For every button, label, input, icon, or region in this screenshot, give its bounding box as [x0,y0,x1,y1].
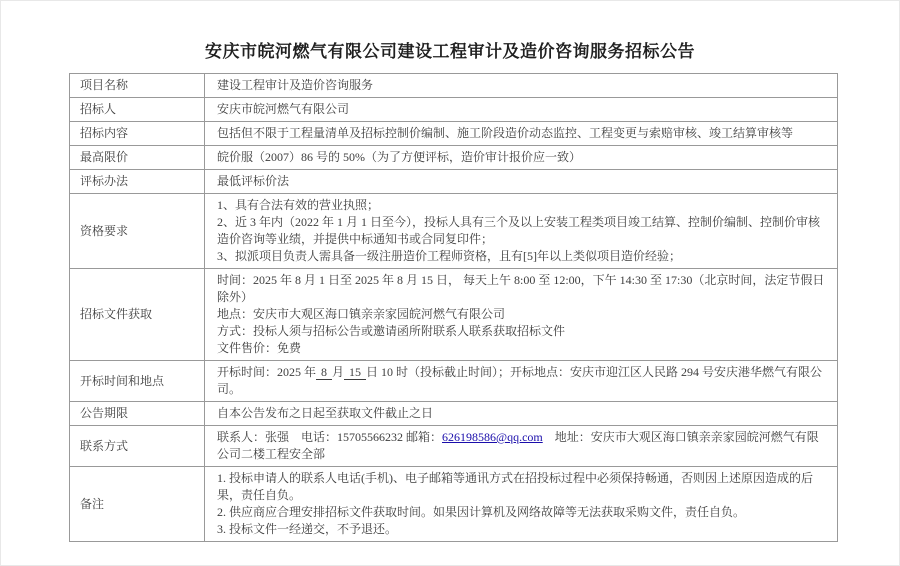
row-label-tenderer: 招标人 [70,98,205,122]
bid-opening-month: 8 [316,365,332,380]
doc-acquisition-time: 时间：2025 年 8 月 1 日至 2025 年 8 月 15 日， 每天上午… [217,272,827,306]
table-row-announcement-period: 公告期限 自本公告发布之日起至获取文件截止之日 [70,402,838,426]
row-label-max-price: 最高限价 [70,146,205,170]
table-row-doc-acquisition: 招标文件获取 时间：2025 年 8 月 1 日至 2025 年 8 月 15 … [70,269,838,361]
qualification-line-2: 2、近 3 年内（2022 年 1 月 1 日至今），投标人具有三个及以上安装工… [217,214,827,248]
document-page: 安庆市皖河燃气有限公司建设工程审计及造价咨询服务招标公告 项目名称 建设工程审计… [0,0,900,566]
table-row-bid-opening: 开标时间和地点 开标时间：2025 年8月15日 10 时（投标截止时间）；开标… [70,361,838,402]
row-value-tenderer: 安庆市皖河燃气有限公司 [205,98,838,122]
row-label-remarks: 备注 [70,467,205,542]
contact-info-text: 联系人：张强 电话：15705566232 邮箱： [217,430,442,444]
row-value-contact: 联系人：张强 电话：15705566232 邮箱：626198586@qq.co… [205,426,838,467]
bid-opening-day: 15 [344,365,366,380]
row-label-project-name: 项目名称 [70,74,205,98]
table-row-remarks: 备注 1. 投标申请人的联系人电话(手机)、电子邮箱等通讯方式在招投标过程中必须… [70,467,838,542]
table-row-project-name: 项目名称 建设工程审计及造价咨询服务 [70,74,838,98]
row-label-contact: 联系方式 [70,426,205,467]
table-row-evaluation-method: 评标办法 最低评标价法 [70,170,838,194]
remarks-line-3: 3. 投标文件一经递交，不予退还。 [217,521,827,538]
row-label-bid-opening: 开标时间和地点 [70,361,205,402]
table-row-tender-content: 招标内容 包括但不限于工程量清单及招标控制价编制、施工阶段造价动态监控、工程变更… [70,122,838,146]
row-label-evaluation-method: 评标办法 [70,170,205,194]
row-value-bid-opening: 开标时间：2025 年8月15日 10 时（投标截止时间）；开标地点：安庆市迎江… [205,361,838,402]
row-value-doc-acquisition: 时间：2025 年 8 月 1 日至 2025 年 8 月 15 日， 每天上午… [205,269,838,361]
row-value-announcement-period: 自本公告发布之日起至获取文件截止之日 [205,402,838,426]
row-value-project-name: 建设工程审计及造价咨询服务 [205,74,838,98]
qualification-line-3: 3、拟派项目负责人需具备一级注册造价工程师资格，且有[5]年以上类似项目造价经验… [217,248,827,265]
row-value-max-price: 皖价服（2007）86 号的 50%（为了方便评标，造价审计报价应一致） [205,146,838,170]
row-value-qualification: 1、具有合法有效的营业执照； 2、近 3 年内（2022 年 1 月 1 日至今… [205,194,838,269]
bid-opening-prefix: 开标时间：2025 年 [217,365,316,379]
row-label-tender-content: 招标内容 [70,122,205,146]
remarks-line-1: 1. 投标申请人的联系人电话(手机)、电子邮箱等通讯方式在招投标过程中必须保持畅… [217,470,827,504]
notice-table: 项目名称 建设工程审计及造价咨询服务 招标人 安庆市皖河燃气有限公司 招标内容 … [69,73,838,542]
table-row-contact: 联系方式 联系人：张强 电话：15705566232 邮箱：626198586@… [70,426,838,467]
doc-acquisition-place: 地点：安庆市大观区海口镇亲亲家园皖河燃气有限公司 [217,306,827,323]
doc-acquisition-price: 文件售价：免费 [217,340,827,357]
table-row-qualification: 资格要求 1、具有合法有效的营业执照； 2、近 3 年内（2022 年 1 月 … [70,194,838,269]
table-row-tenderer: 招标人 安庆市皖河燃气有限公司 [70,98,838,122]
doc-acquisition-method: 方式：投标人须与招标公告或邀请函所附联系人联系获取招标文件 [217,323,827,340]
qualification-line-1: 1、具有合法有效的营业执照； [217,197,827,214]
row-value-remarks: 1. 投标申请人的联系人电话(手机)、电子邮箱等通讯方式在招投标过程中必须保持畅… [205,467,838,542]
row-label-announcement-period: 公告期限 [70,402,205,426]
page-title: 安庆市皖河燃气有限公司建设工程审计及造价咨询服务招标公告 [1,37,899,62]
row-label-qualification: 资格要求 [70,194,205,269]
row-value-tender-content: 包括但不限于工程量清单及招标控制价编制、施工阶段造价动态监控、工程变更与索赔审核… [205,122,838,146]
table-row-max-price: 最高限价 皖价服（2007）86 号的 50%（为了方便评标，造价审计报价应一致… [70,146,838,170]
row-label-doc-acquisition: 招标文件获取 [70,269,205,361]
contact-email-link[interactable]: 626198586@qq.com [442,430,543,444]
row-value-evaluation-method: 最低评标价法 [205,170,838,194]
remarks-line-2: 2. 供应商应合理安排招标文件获取时间。如果因计算机及网络故障等无法获取采购文件… [217,504,827,521]
bid-opening-mid: 月 [332,365,344,379]
